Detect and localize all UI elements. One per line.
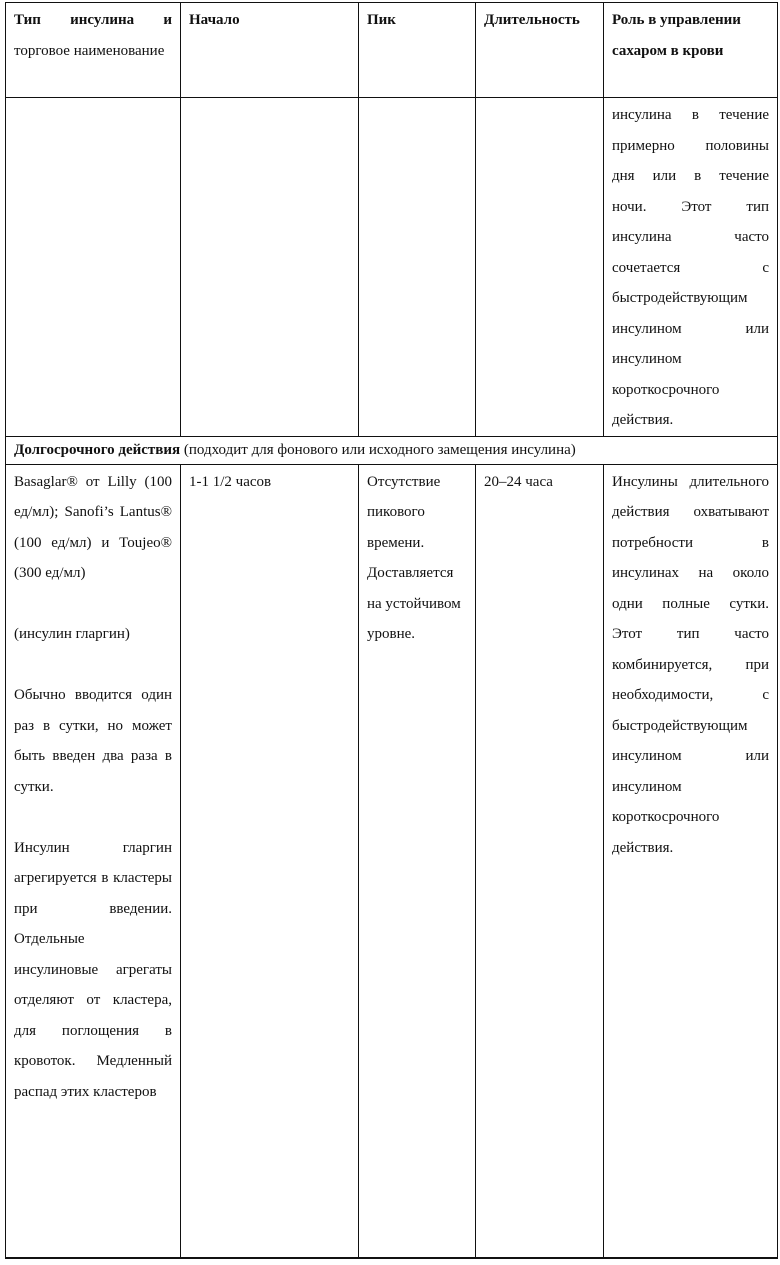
cell-empty xyxy=(359,98,476,437)
cell-empty xyxy=(181,98,359,437)
cell-empty xyxy=(476,98,604,437)
role-line: короткосрочного xyxy=(612,375,769,406)
header-insulin-type-rest: торговое наименование xyxy=(14,43,164,59)
section-row: Долгосрочного действия (подходит для фон… xyxy=(6,436,778,464)
role-line: примерно половины xyxy=(612,131,769,162)
cell-duration: 20–24 часа xyxy=(476,464,604,1258)
header-duration: Длительность xyxy=(476,3,604,98)
table-row: Basaglar® от Lilly (100 ед/мл); Sanofi’s… xyxy=(6,464,778,1258)
cell-peak: Отсутствие пикового времени. Доставляетс… xyxy=(359,464,476,1258)
header-peak: Пик xyxy=(359,3,476,98)
section-title-note: (подходит для фонового или исходного зам… xyxy=(180,442,576,458)
cell-empty xyxy=(6,98,181,437)
cell-onset: 1-1 1/2 часов xyxy=(181,464,359,1258)
cell-insulin-name: Basaglar® от Lilly (100 ед/мл); Sanofi’s… xyxy=(6,464,181,1258)
header-insulin-type: Тип инсулина и торговое наименование xyxy=(6,3,181,98)
brand-names: Basaglar® от Lilly (100 ед/мл); Sanofi’s… xyxy=(14,467,172,589)
dosing-note: Обычно вводится один раз в сутки, но мож… xyxy=(14,680,172,802)
insulin-types-table: Тип инсулина и торговое наименование Нач… xyxy=(5,2,778,1259)
header-insulin-type-line1: Тип инсулина и xyxy=(14,5,172,36)
role-line: действия. xyxy=(612,405,769,436)
role-line: быстродействующим xyxy=(612,283,769,314)
generic-name: (инсулин гларгин) xyxy=(14,619,172,650)
table-header-row: Тип инсулина и торговое наименование Нач… xyxy=(6,3,778,98)
section-title: Долгосрочного действия (подходит для фон… xyxy=(6,436,778,464)
header-onset: Начало xyxy=(181,3,359,98)
mechanism-note: Инсулин гларгин агрегируется в кластеры … xyxy=(14,833,172,1108)
role-line: инсулина часто xyxy=(612,222,769,253)
cell-role-continued: инсулина в течениепримерно половиныдня и… xyxy=(604,98,778,437)
role-line: инсулином xyxy=(612,344,769,375)
role-line: сочетается с xyxy=(612,253,769,284)
role-line: ночи. Этот тип xyxy=(612,192,769,223)
cell-role: Инсулины длительного действия охватывают… xyxy=(604,464,778,1258)
role-line: дня или в течение xyxy=(612,161,769,192)
header-role: Роль в управлении сахаром в крови xyxy=(604,3,778,98)
role-line: инсулином или xyxy=(612,314,769,345)
table-row: инсулина в течениепримерно половиныдня и… xyxy=(6,98,778,437)
section-title-bold: Долгосрочного действия xyxy=(14,442,180,458)
role-line: инсулина в течение xyxy=(612,100,769,131)
